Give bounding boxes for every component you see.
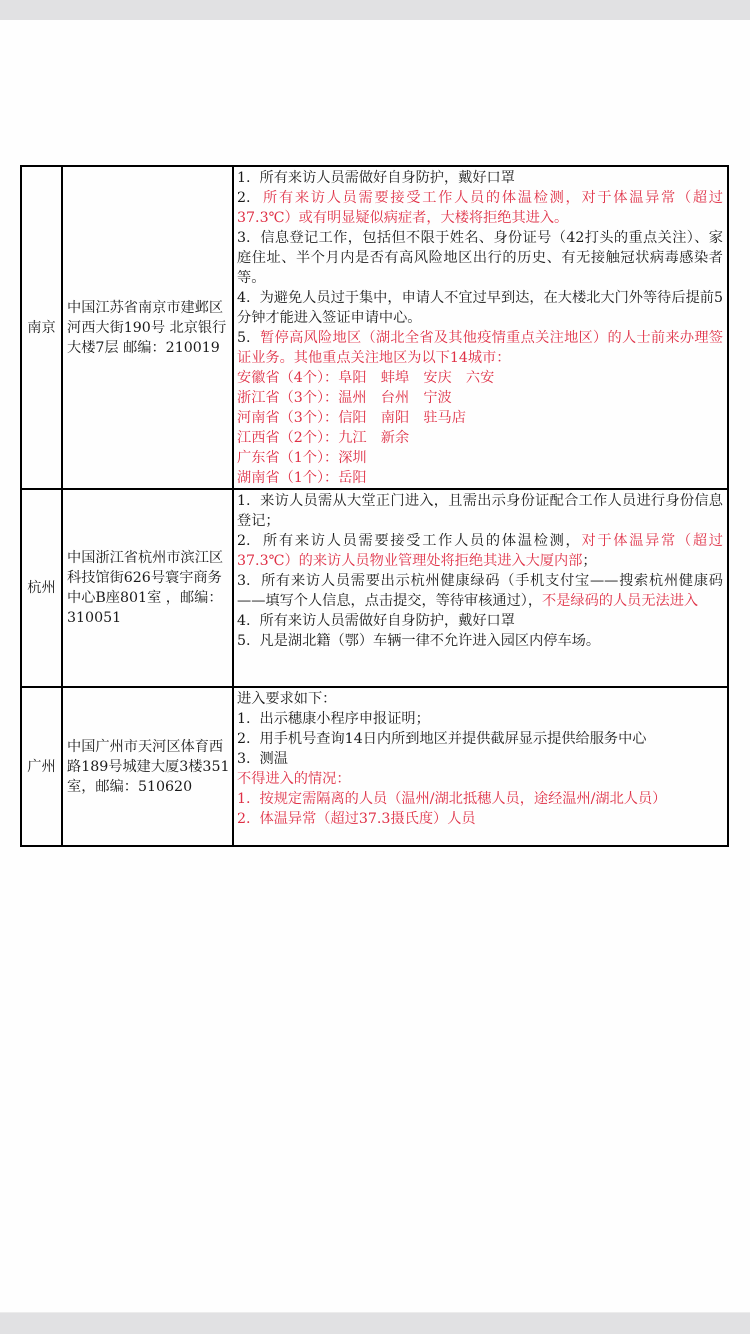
requirement-item: 5. 凡是湖北籍（鄂）车辆一律不允许进入园区内停车场。 <box>237 631 723 651</box>
table-row-nanjing: 南京 中国江苏省南京市建邺区河西大街190号 北京银行大楼7层 邮编：21001… <box>21 166 728 489</box>
province-city-list: 浙江省（3个）：温州 台州 宁波 <box>237 388 723 408</box>
requirement-item: 3. 信息登记工作，包括但不限于姓名、身份证号（42打头的重点关注）、家庭住址、… <box>237 228 723 288</box>
denied-entry-heading: 不得进入的情况： <box>237 769 723 789</box>
province-city-list: 河南省（3个）：信阳 南阳 驻马店 <box>237 408 723 428</box>
city-cell: 广州 <box>21 687 62 846</box>
city-cell: 杭州 <box>21 489 62 687</box>
requirements-cell: 进入要求如下： 1. 出示穗康小程序申报证明； 2. 用手机号查询14日内所到地… <box>233 687 728 846</box>
requirement-text: 2. 所有来访人员需要接受工作人员的体温检测， <box>237 533 581 549</box>
city-cell: 南京 <box>21 166 62 489</box>
visa-center-notice-table: 南京 中国江苏省南京市建邺区河西大街190号 北京银行大楼7层 邮编：21001… <box>20 165 729 847</box>
requirement-item: 1. 所有来访人员需做好自身防护，戴好口罩 <box>237 168 723 188</box>
requirement-item: 1. 来访人员需从大堂正门进入，且需出示身份证配合工作人员进行身份信息登记； <box>237 491 723 531</box>
province-city-list: 广东省（1个）：深圳 <box>237 448 723 468</box>
requirement-item: 1. 出示穗康小程序申报证明； <box>237 709 723 729</box>
denied-entry-item: 1. 按规定需隔离的人员（温州/湖北抵穗人员，途经温州/湖北人员） <box>237 789 723 809</box>
requirement-item: 2. 所有来访人员需要接受工作人员的体温检测，对于体温异常（超过37.3℃）的来… <box>237 531 723 571</box>
requirement-item: 4. 所有来访人员需做好自身防护，戴好口罩 <box>237 611 723 631</box>
bottom-system-bar <box>0 1312 750 1334</box>
requirements-heading: 进入要求如下： <box>237 689 723 709</box>
requirement-item: 4. 为避免人员过于集中，申请人不宜过早到达，在大楼北大门外等待后提前5分钟才能… <box>237 288 723 328</box>
requirement-highlight: 所有来访人员需要接受工作人员的体温检测，对于体温异常（超过37.3℃）或有明显疑… <box>237 190 723 226</box>
address-cell: 中国广州市天河区体育西路189号城建大厦3楼351室，邮编：510620 <box>62 687 233 846</box>
requirements-cell: 1. 所有来访人员需做好自身防护，戴好口罩 2. 所有来访人员需要接受工作人员的… <box>233 166 728 489</box>
requirement-item: 5. 暂停高风险地区（湖北全省及其他疫情重点关注地区）的人士前来办理签证业务。其… <box>237 328 723 368</box>
requirement-highlight: 暂停高风险地区（湖北全省及其他疫情重点关注地区）的人士前来办理签证业务。其他重点… <box>237 330 723 366</box>
requirement-item: 2. 所有来访人员需要接受工作人员的体温检测，对于体温异常（超过37.3℃）或有… <box>237 188 723 228</box>
table-row-hangzhou: 杭州 中国浙江省杭州市滨江区科技馆街626号寰宇商务中心B座801室 ，邮编：3… <box>21 489 728 687</box>
address-cell: 中国江苏省南京市建邺区河西大街190号 北京银行大楼7层 邮编：210019 <box>62 166 233 489</box>
requirement-highlight: 不是绿码的人员无法进入 <box>542 593 698 609</box>
province-city-list: 安徽省（4个）：阜阳 蚌埠 安庆 六安 <box>237 368 723 388</box>
table-row-guangzhou: 广州 中国广州市天河区体育西路189号城建大厦3楼351室，邮编：510620 … <box>21 687 728 846</box>
address-cell: 中国浙江省杭州市滨江区科技馆街626号寰宇商务中心B座801室 ，邮编：3100… <box>62 489 233 687</box>
requirements-cell: 1. 来访人员需从大堂正门进入，且需出示身份证配合工作人员进行身份信息登记； 2… <box>233 489 728 687</box>
requirement-item: 2. 用手机号查询14日内所到地区并提供截屏显示提供给服务中心 <box>237 729 723 749</box>
item-number: 5. <box>237 330 260 346</box>
top-system-bar <box>0 0 750 20</box>
requirement-text: ； <box>582 553 596 569</box>
denied-entry-item: 2. 体温异常（超过37.3摄氏度）人员 <box>237 809 723 829</box>
requirement-item: 3. 测温 <box>237 749 723 769</box>
item-number: 2. <box>237 190 263 206</box>
province-city-list: 湖南省（1个）：岳阳 <box>237 468 723 488</box>
requirement-item: 3. 所有来访人员需要出示杭州健康绿码（手机支付宝——搜索杭州健康码——填写个人… <box>237 571 723 611</box>
province-city-list: 江西省（2个）：九江 新余 <box>237 428 723 448</box>
